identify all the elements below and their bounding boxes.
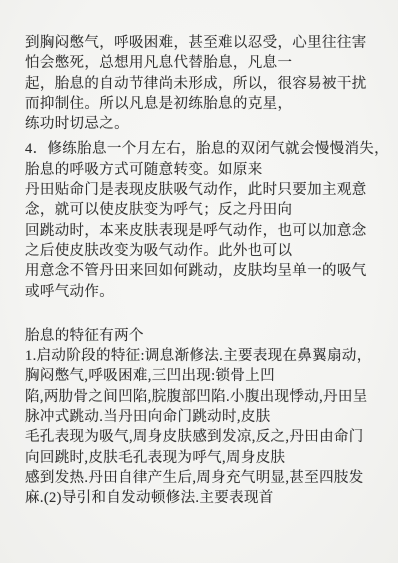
scanned-document-page: 到胸闷憋气，呼吸困难，甚至难以忍受，心里往往害 怕会憋死，总想用凡息代替胎息，凡…	[0, 0, 398, 563]
paragraph-2: 4．修练胎息一个月左右，胎息的双闭气就会慢慢消失， 胎息的呼吸方式可随意转变。如…	[25, 139, 374, 301]
paragraph-3: 胎息的特征有两个 1.启动阶段的特征:调息渐修法.主要表现在鼻翼扇动， 胸闷憋气…	[25, 326, 374, 509]
text-line: 陷,两肋骨之间凹陷,脘腹部凹陷.小腹出现悸动,丹田呈	[25, 387, 374, 407]
text-line: 4．修练胎息一个月左右，胎息的双闭气就会慢慢消失，	[25, 139, 374, 159]
text-line: 脉冲式跳动.当丹田向命门跳动时,皮肤	[25, 407, 374, 427]
text-line: 感到发热.丹田自律产生后,周身充气明显,甚至四肢发	[25, 468, 374, 488]
text-line: 怕会憋死，总想用凡息代替胎息，凡息一	[25, 53, 374, 73]
text-line: 丹田贴命门是表现皮肤吸气动作，此时只要加主观意	[25, 180, 374, 200]
text-line: 到胸闷憋气，呼吸困难，甚至难以忍受，心里往往害	[25, 33, 374, 53]
text-line: 起，胎息的自动节律尚未形成，所以，很容易被干扰	[25, 74, 374, 94]
text-line: 毛孔表现为吸气,周身皮肤感到发凉,反之,丹田由命门	[25, 427, 374, 447]
text-line: 之后使皮肤改变为吸气动作。此外也可以	[25, 241, 374, 261]
text-line: 练功时切忌之。	[25, 114, 374, 134]
text-line: 胸闷憋气,呼吸困难,三凹出现:锁骨上凹	[25, 366, 374, 386]
paragraph-1: 到胸闷憋气，呼吸困难，甚至难以忍受，心里往往害 怕会憋死，总想用凡息代替胎息，凡…	[25, 33, 374, 134]
text-line: 胎息的呼吸方式可随意转变。如原来	[25, 160, 374, 180]
text-line: 用意念不管丹田来回如何跳动，皮肤均呈单一的吸气	[25, 261, 374, 281]
text-line: 念，就可以使皮肤变为呼气；反之丹田向	[25, 200, 374, 220]
text-line: 而抑制住。所以凡息是初练胎息的克星，	[25, 94, 374, 114]
text-line: 胎息的特征有两个	[25, 326, 374, 346]
text-line: 麻.(2)导引和自发动顿修法.主要表现首	[25, 488, 374, 508]
text-line: 1.启动阶段的特征:调息渐修法.主要表现在鼻翼扇动，	[25, 346, 374, 366]
text-line: 或呼气动作。	[25, 282, 374, 302]
text-line: 向回跳时,皮肤毛孔表现为呼气,周身皮肤	[25, 448, 374, 468]
text-line: 回跳动时，本来皮肤表现是呼气动作，也可以加意念	[25, 221, 374, 241]
